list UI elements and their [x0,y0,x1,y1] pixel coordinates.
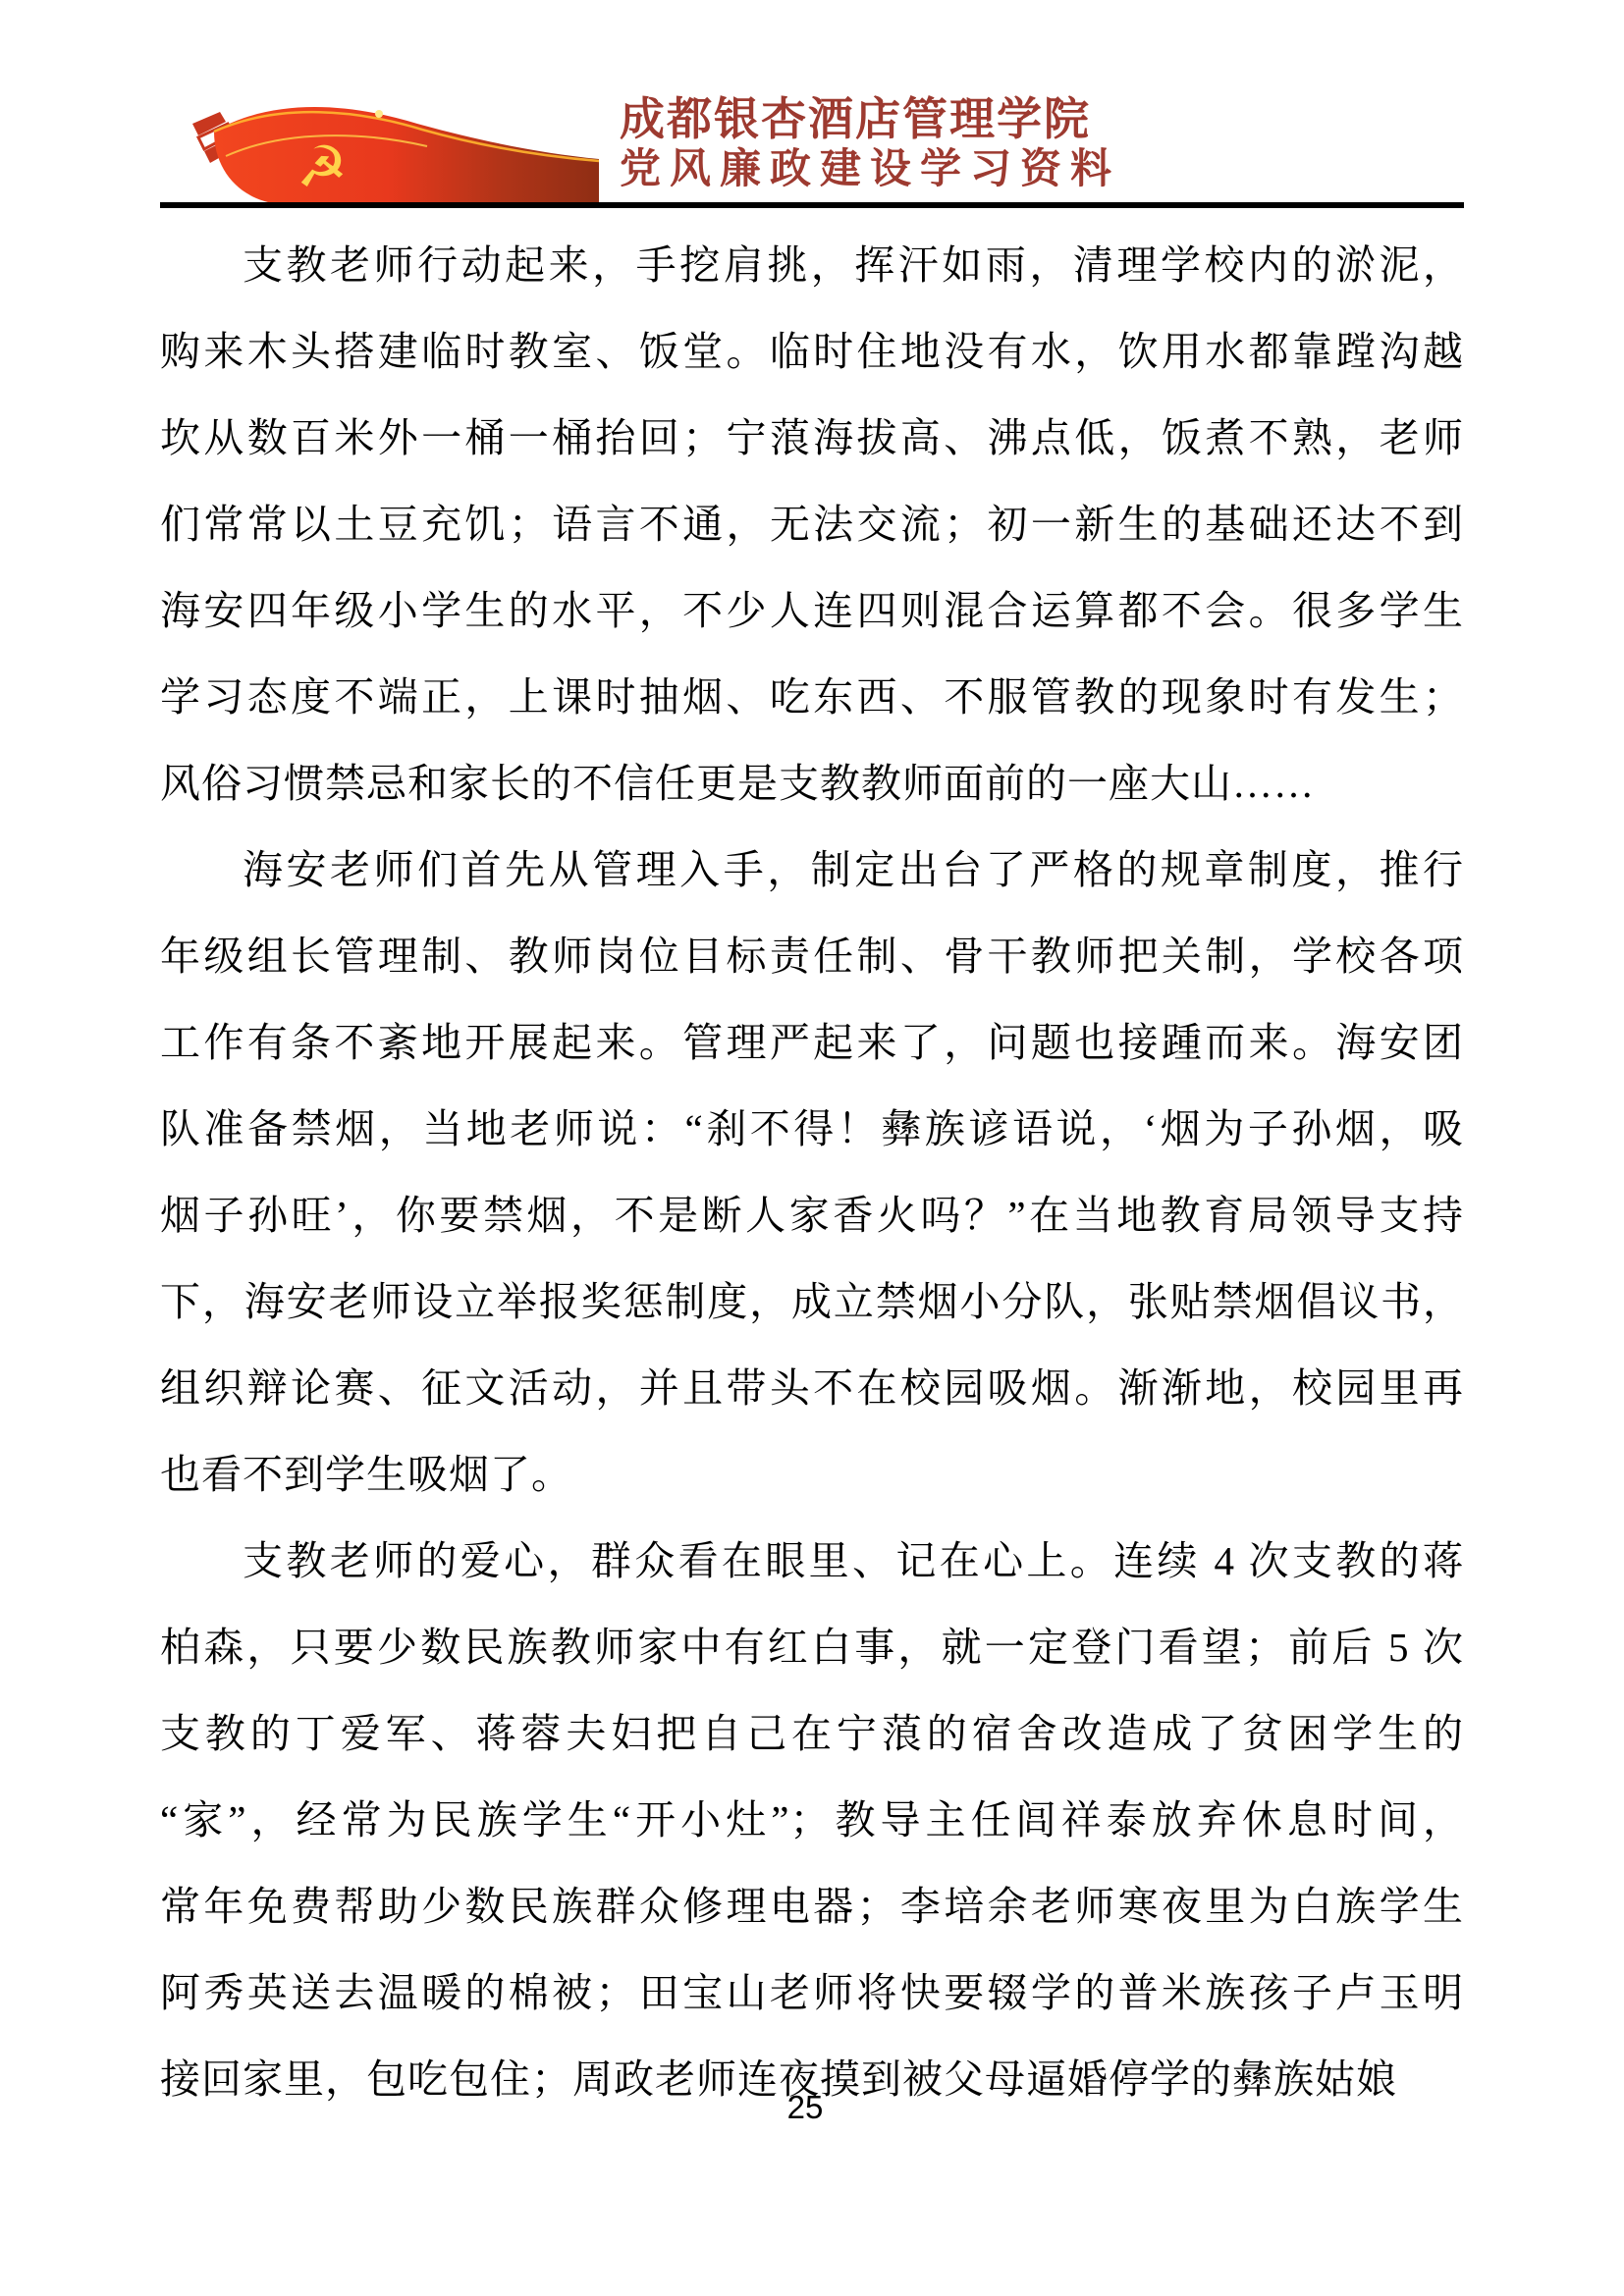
body-text-line: 支教的丁爱军、蒋蓉夫妇把自己在宁蒗的宿舍改造成了贫困学生的 [160,1690,1464,1777]
hammer-sickle-icon: ☭ [297,133,348,200]
body-text-line: 烟子孙旺’，你要禁烟，不是断人家香火吗？”在当地教育局领导支持 [160,1172,1464,1258]
body-text-line: 常年免费帮助少数民族群众修理电器；李培余老师寒夜里为白族学生 [160,1863,1464,1949]
party-flag-logo: ☭ [187,102,599,204]
header-title-line1: 成都银杏酒店管理学院 [620,94,1464,145]
body-text-line: 海安老师们首先从管理入手，制定出台了严格的规章制度，推行 [160,827,1464,913]
body-text-line: 年级组长管理制、教师岗位目标责任制、骨干教师把关制，学校各项 [160,913,1464,999]
header-rule [160,202,1464,208]
header-title-line2: 党风廉政建设学习资料 [620,145,1464,194]
body-text-line: 柏森，只要少数民族教师家中有红白事，就一定登门看望；前后 5 次 [160,1604,1464,1690]
body-text-line: 阿秀英送去温暖的棉被；田宝山老师将快要辍学的普米族孩子卢玉明 [160,1949,1464,2036]
body-text-line: 工作有条不紊地开展起来。管理严起来了，问题也接踵而来。海安团 [160,999,1464,1086]
page-number: 25 [787,2089,824,2125]
body-text-line: 坎从数百米外一桶一桶抬回；宁蒗海拔高、沸点低，饭煮不熟，老师 [160,395,1464,481]
body-text-line: 风俗习惯禁忌和家长的不信任更是支教教师面前的一座大山…… [160,740,1464,827]
body-text-line: 们常常以土豆充饥；语言不通，无法交流；初一新生的基础还达不到 [160,481,1464,567]
body-text-line: 支教老师的爱心，群众看在眼里、记在心上。连续 4 次支教的蒋 [160,1518,1464,1604]
page-footer: 25 [0,2089,1624,2126]
body-text-line: 队准备禁烟，当地老师说：“刹不得！彝族谚语说，‘烟为子孙烟，吸 [160,1086,1464,1172]
header-titles: 成都银杏酒店管理学院 党风廉政建设学习资料 [620,94,1464,194]
party-flag-icon: ☭ [187,102,599,204]
document-page: ☭ 成都银杏酒店管理学院 党风廉政建设学习资料 支教老师行动起来，手挖肩挑，挥汗… [0,0,1624,2296]
document-body: 支教老师行动起来，手挖肩挑，挥汗如雨，清理学校内的淤泥，购来木头搭建临时教室、饭… [160,222,1464,2122]
body-text-line: 下，海安老师设立举报奖惩制度，成立禁烟小分队，张贴禁烟倡议书， [160,1258,1464,1345]
body-text-line: 支教老师行动起来，手挖肩挑，挥汗如雨，清理学校内的淤泥， [160,222,1464,308]
body-text-line: 海安四年级小学生的水平，不少人连四则混合运算都不会。很多学生 [160,567,1464,654]
body-text-line: 组织辩论赛、征文活动，并且带头不在校园吸烟。渐渐地，校园里再 [160,1345,1464,1431]
body-text-line: 购来木头搭建临时教室、饭堂。临时住地没有水，饮用水都靠蹚沟越 [160,308,1464,395]
body-text-line: 也看不到学生吸烟了。 [160,1431,1464,1518]
page-header: ☭ 成都银杏酒店管理学院 党风廉政建设学习资料 [160,94,1464,204]
body-text-line: 学习态度不端正，上课时抽烟、吃东西、不服管教的现象时有发生； [160,654,1464,740]
body-text-line: “家”，经常为民族学生“开小灶”；教导主任闾祥泰放弃休息时间， [160,1777,1464,1863]
